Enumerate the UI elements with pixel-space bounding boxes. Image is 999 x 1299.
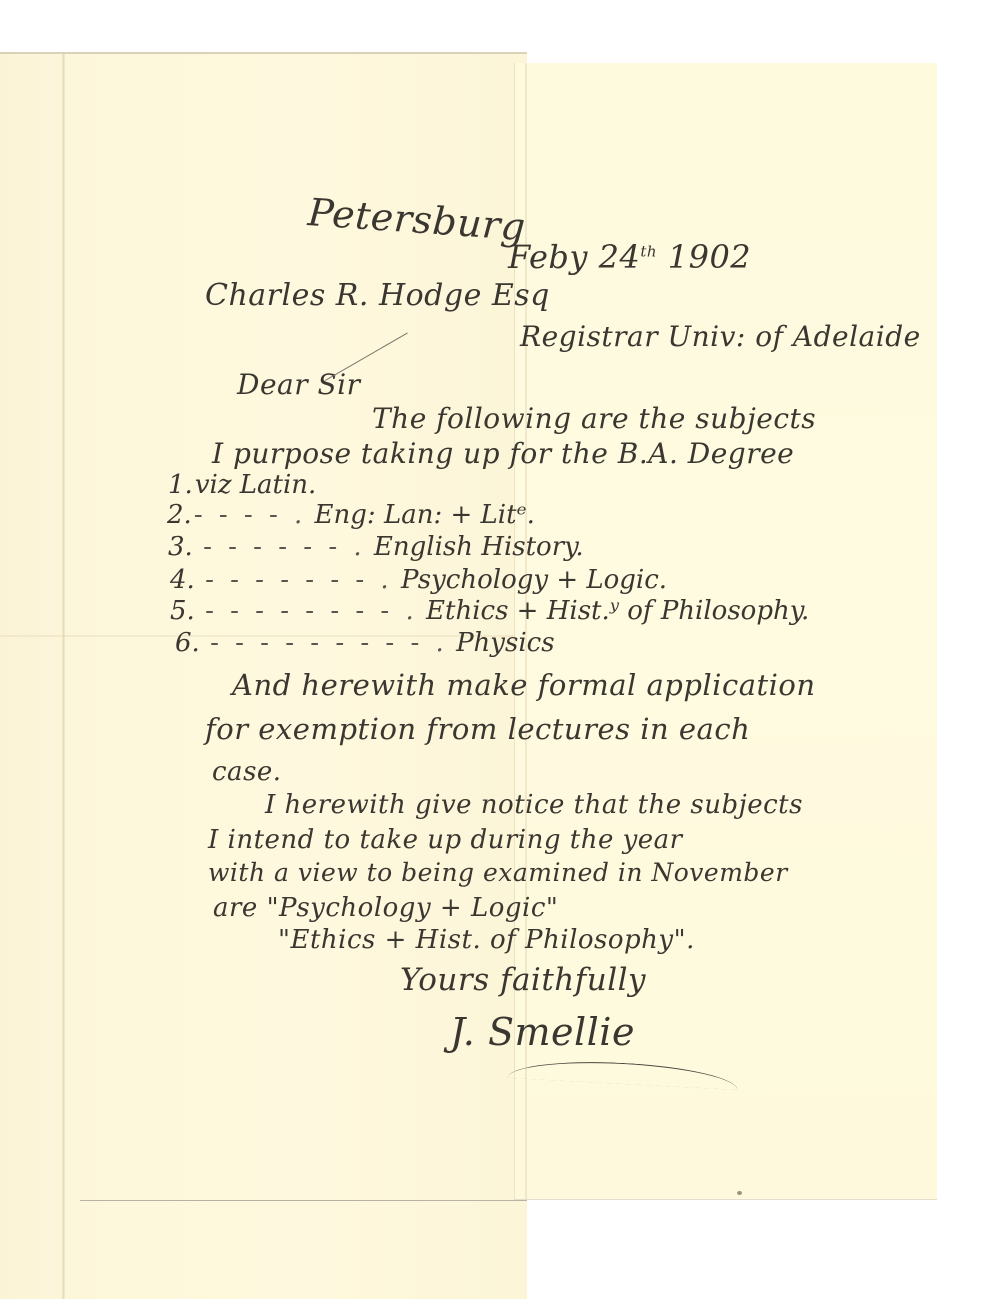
subject-number: 2. (167, 500, 192, 530)
subject-number: 5. (170, 596, 195, 626)
subject-label: Physics (456, 628, 555, 658)
vertical-fold-crease (62, 52, 65, 1299)
subject-label: Ethics + Hist.ʸ of Philosophy. (426, 596, 809, 626)
subject-item: 4. - - - - - - - . Psychology + Logic. (170, 565, 667, 595)
notice-line-3: with a view to being examined in Novembe… (208, 858, 788, 887)
date-year: 1902 (668, 238, 751, 276)
front-page-bottom-edge (515, 1199, 937, 1200)
date-suffix: th (640, 242, 657, 260)
notice-line-1: I herewith give notice that the subjects (265, 790, 803, 820)
application-line-1: And herewith make formal application (232, 668, 816, 702)
application-line-2: for exemption from lectures in each (205, 712, 750, 746)
subject-item: 3. - - - - - - . English History. (168, 532, 584, 562)
body-line-1: The following are the subjects (372, 402, 816, 435)
date-day: Feby 24 (508, 238, 640, 276)
body-line-2: I purpose taking up for the B.A. Degree (212, 437, 794, 470)
subject-leader: - - - - - - - . (205, 565, 393, 595)
subject-label: English History. (374, 532, 584, 562)
subject-label: Psychology + Logic. (401, 565, 667, 595)
back-page-fold-edge (80, 1200, 527, 1201)
subject-leader: - - - - - - - - - . (210, 628, 448, 658)
subject-item: 1.viz Latin. (168, 470, 316, 500)
ink-blot (737, 1191, 742, 1195)
subject-number: 1. (168, 470, 193, 500)
subject-number: 3. (168, 532, 193, 562)
letter-date: Feby 24th 1902 (508, 238, 751, 276)
salutation: Dear Sir (237, 368, 361, 401)
notice-line-5: "Ethics + Hist. of Philosophy". (278, 925, 695, 955)
subject-number: 6. (175, 628, 200, 658)
subject-number: 4. (170, 565, 195, 595)
addressee-title: Registrar Univ: of Adelaide (520, 320, 921, 353)
notice-line-2: I intend to take up during the year (208, 825, 683, 855)
subject-item: 6. - - - - - - - - - . Physics (175, 628, 555, 658)
subject-leader: - - - - . (194, 500, 306, 530)
signature: J. Smellie (450, 1010, 635, 1054)
application-line-3: case. (212, 757, 282, 787)
subject-leader: - - - - - - . (203, 532, 366, 562)
subject-leader: - - - - - - - - . (205, 596, 418, 626)
notice-line-4: are "Psychology + Logic" (213, 893, 558, 923)
subject-item: 2.- - - - . Eng: Lan: + Litᵉ. (167, 500, 535, 530)
subject-item: 5. - - - - - - - - . Ethics + Hist.ʸ of … (170, 596, 809, 626)
back-page-top-edge (0, 52, 527, 54)
subject-label: viz Latin. (195, 470, 317, 500)
closing: Yours faithfully (400, 962, 646, 998)
addressee-name: Charles R. Hodge Esq (205, 278, 550, 313)
subject-label: Eng: Lan: + Litᵉ. (315, 500, 535, 530)
